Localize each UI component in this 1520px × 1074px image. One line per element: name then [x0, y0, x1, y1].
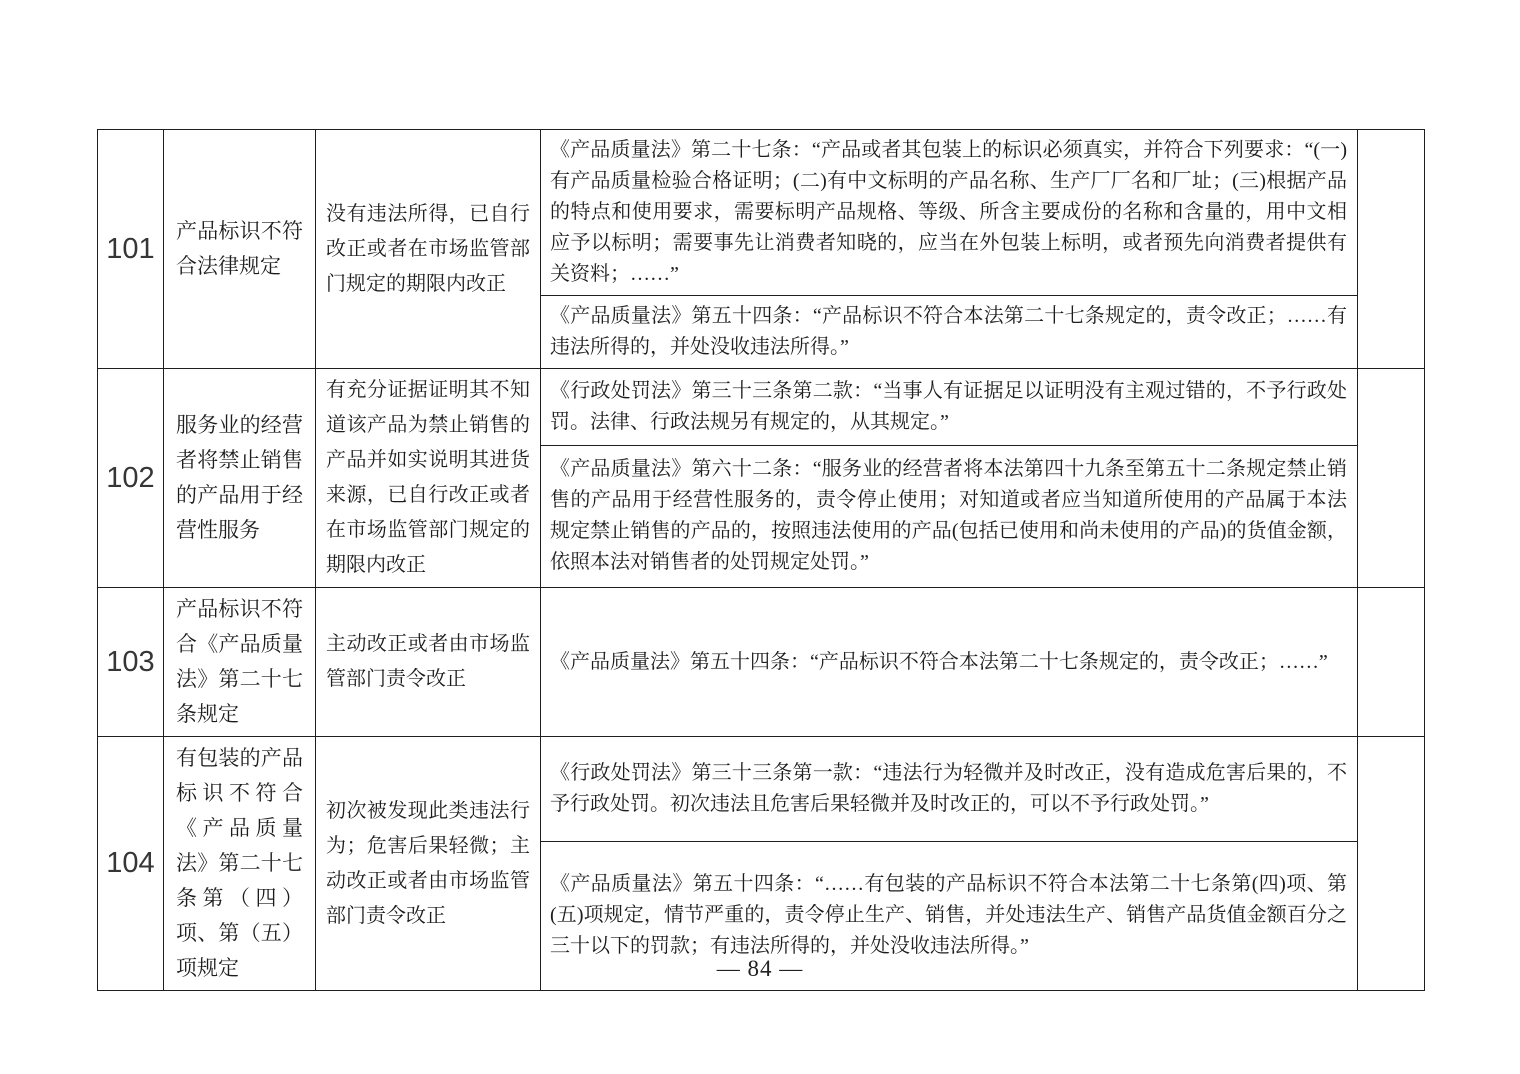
legal-basis-cell: 《行政处罚法》第三十三条第一款：“违法行为轻微并及时改正，没有造成危害后果的，不… [541, 737, 1358, 842]
table-row: 102服务业的经营者将禁止销售的产品用于经营性服务有充分证据证明其不知道该产品为… [98, 369, 1425, 446]
page-number: — 84 — [0, 956, 1520, 982]
row-number-cell: 102 [98, 369, 164, 588]
violation-cell: 有包装的产品标识不符合《产品质量法》第二十七条第（四）项、第（五）项规定 [164, 737, 316, 991]
circumstance-cell: 有充分证据证明其不知道该产品为禁止销售的产品并如实说明其进货来源，已自行改正或者… [316, 369, 541, 588]
legal-basis-cell: 《行政处罚法》第三十三条第二款：“当事人有证据足以证明没有主观过错的，不予行政处… [541, 369, 1358, 446]
violation-cell: 产品标识不符合《产品质量法》第二十七条规定 [164, 588, 316, 737]
penalty-table: 101产品标识不符合法律规定没有违法所得，已自行改正或者在市场监管部门规定的期限… [97, 129, 1425, 991]
circumstance-cell: 主动改正或者由市场监管部门责令改正 [316, 588, 541, 737]
row-number-cell: 101 [98, 130, 164, 369]
note-cell [1358, 130, 1425, 369]
legal-basis-cell: 《产品质量法》第五十四条：“产品标识不符合本法第二十七条规定的，责令改正；……有… [541, 296, 1358, 369]
legal-basis-cell: 《产品质量法》第二十七条：“产品或者其包装上的标识必须真实，并符合下列要求：“(… [541, 130, 1358, 296]
row-number-cell: 104 [98, 737, 164, 991]
note-cell [1358, 737, 1425, 991]
legal-basis-cell: 《产品质量法》第六十二条：“服务业的经营者将本法第四十九条至第五十二条规定禁止销… [541, 445, 1358, 587]
table-row: 101产品标识不符合法律规定没有违法所得，已自行改正或者在市场监管部门规定的期限… [98, 130, 1425, 296]
table-row: 104有包装的产品标识不符合《产品质量法》第二十七条第（四）项、第（五）项规定初… [98, 737, 1425, 842]
penalty-table-body: 101产品标识不符合法律规定没有违法所得，已自行改正或者在市场监管部门规定的期限… [98, 130, 1425, 991]
legal-basis-cell: 《产品质量法》第五十四条：“产品标识不符合本法第二十七条规定的，责令改正；……” [541, 588, 1358, 737]
circumstance-cell: 没有违法所得，已自行改正或者在市场监管部门规定的期限内改正 [316, 130, 541, 369]
note-cell [1358, 369, 1425, 588]
note-cell [1358, 588, 1425, 737]
violation-cell: 服务业的经营者将禁止销售的产品用于经营性服务 [164, 369, 316, 588]
row-number-cell: 103 [98, 588, 164, 737]
violation-cell: 产品标识不符合法律规定 [164, 130, 316, 369]
circumstance-cell: 初次被发现此类违法行为；危害后果轻微；主动改正或者由市场监管部门责令改正 [316, 737, 541, 991]
document-page: 101产品标识不符合法律规定没有违法所得，已自行改正或者在市场监管部门规定的期限… [0, 0, 1520, 1074]
table-row: 103产品标识不符合《产品质量法》第二十七条规定主动改正或者由市场监管部门责令改… [98, 588, 1425, 737]
